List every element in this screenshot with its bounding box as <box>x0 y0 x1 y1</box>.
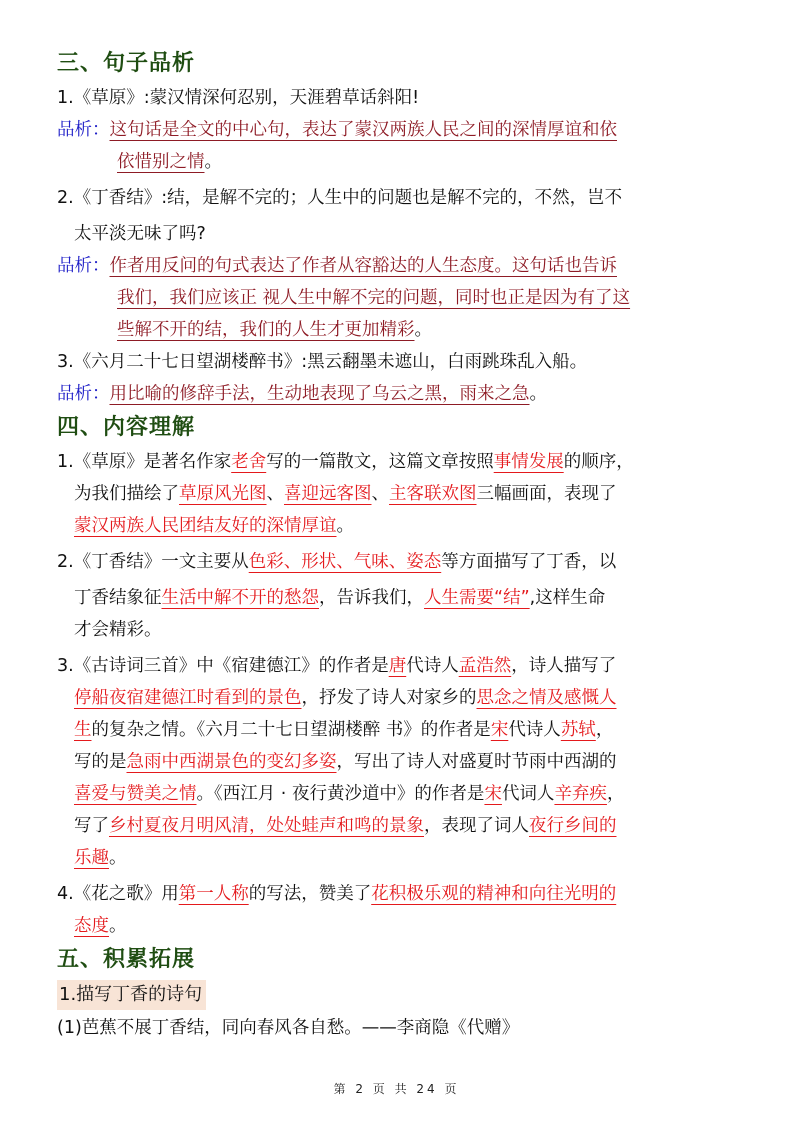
document-page: 三、句子品析 1.《草原》:蒙汉情深何忍别，天涯碧草话斜阳! 品析：这句话是全文… <box>57 46 741 1044</box>
content-item-1-cont2: 蒙汉两族人民团结友好的深情厚谊。 <box>57 510 741 542</box>
section-heading-4: 四、内容理解 <box>57 410 741 446</box>
content-item-2-cont: 丁香结象征生活中解不开的愁怨，告诉我们，人生需要“结”,这样生命 <box>57 582 741 614</box>
content-item-4: 4.《花之歌》用第一人称的写法，赞美了花积极乐观的精神和向往光明的 <box>57 878 741 910</box>
content-item-3-cont3: 写的是急雨中西湖景色的变幻多姿，写出了诗人对盛夏时节雨中西湖的 <box>57 746 741 778</box>
analysis-label: 品析： <box>57 120 110 140</box>
page-number-footer: 第 2 页 共 24 页 <box>0 1080 793 1097</box>
content-item-1: 1.《草原》是著名作家老舍写的一篇散文，这篇文章按照事情发展的顺序， <box>57 446 741 478</box>
content-item-3: 3.《古诗词三首》中《宿建德江》的作者是唐代诗人孟浩然，诗人描写了 <box>57 650 741 682</box>
content-item-3-cont5: 写了乡村夏夜月明风清，处处蛙声和鸣的景象，表现了词人夜行乡间的 <box>57 810 741 842</box>
analysis-2-cont: 我们，我们应该正 视人生中解不完的问题，同时也正是因为有了这 <box>57 282 741 314</box>
sentence-1: 1.《草原》:蒙汉情深何忍别，天涯碧草话斜阳! <box>57 82 741 114</box>
content-item-3-cont2: 生的复杂之情。《六月二十七日望湖楼醉 书》的作者是宋代诗人苏轼， <box>57 714 741 746</box>
section-heading-5: 五、积累拓展 <box>57 942 741 978</box>
content-item-2-cont2: 才会精彩。 <box>57 614 741 646</box>
subheading-lilac-poems: 1.描写丁香的诗句 <box>57 980 206 1010</box>
poem-line-1: (1)芭蕉不展丁香结，同向春风各自愁。——李商隐《代赠》 <box>57 1012 741 1044</box>
analysis-1-cont: 依惜别之情。 <box>57 146 741 178</box>
sentence-2-cont: 太平淡无味了吗? <box>57 218 741 250</box>
analysis-2: 品析：作者用反问的句式表达了作者从容豁达的人生态度。这句话也告诉 <box>57 250 741 282</box>
content-item-3-cont6: 乐趣。 <box>57 842 741 874</box>
analysis-label: 品析： <box>57 384 110 404</box>
sentence-3: 3.《六月二十七日望湖楼醉书》:黑云翻墨未遮山，白雨跳珠乱入船。 <box>57 346 741 378</box>
content-item-3-cont: 停船夜宿建德江时看到的景色，抒发了诗人对家乡的思念之情及感慨人 <box>57 682 741 714</box>
analysis-2-cont2: 些解不开的结，我们的人生才更加精彩。 <box>57 314 741 346</box>
analysis-3: 品析：用比喻的修辞手法，生动地表现了乌云之黑，雨来之急。 <box>57 378 741 410</box>
content-item-1-cont: 为我们描绘了草原风光图、喜迎远客图、主客联欢图三幅画面，表现了 <box>57 478 741 510</box>
analysis-1: 品析：这句话是全文的中心句，表达了蒙汉两族人民之间的深情厚谊和依 <box>57 114 741 146</box>
analysis-label: 品析： <box>57 256 110 276</box>
content-item-3-cont4: 喜爱与赞美之情。《西江月 · 夜行黄沙道中》的作者是宋代词人辛弃疾， <box>57 778 741 810</box>
content-item-2: 2.《丁香结》一文主要从色彩、形状、气味、姿态等方面描写了丁香，以 <box>57 546 741 578</box>
sentence-2: 2.《丁香结》:结，是解不完的；人生中的问题也是解不完的，不然，岂不 <box>57 182 741 214</box>
section-heading-3: 三、句子品析 <box>57 46 741 82</box>
content-item-4-cont: 态度。 <box>57 910 741 942</box>
